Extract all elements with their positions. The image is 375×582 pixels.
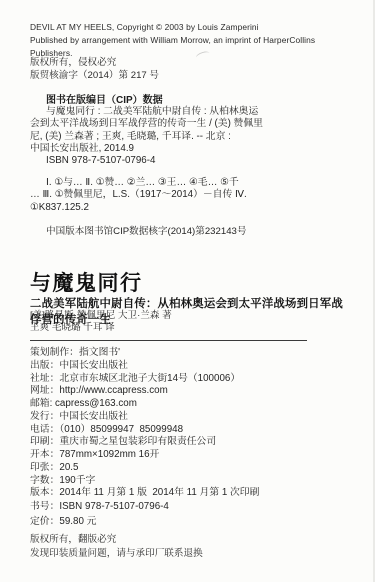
registration-number-line: 版贸核渝字（2014）第 217 号: [30, 69, 353, 82]
cip-body-line: 中国长安出版社, 2014.9: [30, 143, 353, 155]
copyright-line-1: DEVIL AT MY HEELS, Copyright © 2003 by L…: [30, 21, 353, 34]
isbn-line: 书号：ISBN 978-7-5107-0796-4: [30, 500, 353, 515]
cip-classification-line: ①K837.125.2: [30, 202, 353, 214]
colophon-line-sheets: 印张：20.5: [30, 462, 353, 475]
colophon-line-email: 邮箱: capress@163.com: [30, 398, 353, 411]
colophon-line-publisher: 出版：中国长安出版社: [30, 360, 353, 373]
colophon-line-website: 网址：http://www.ccapress.com: [30, 385, 353, 398]
colophon-line-phone: 电话：（010）85099947 85099948: [30, 424, 353, 437]
colophon-line-distributor: 发行：中国长安出版社: [30, 411, 353, 424]
price-line: 定价：59.80 元: [30, 515, 353, 530]
cip-record-number: 中国版本图书馆CIP数据核字(2014)第232143号: [30, 223, 353, 237]
footer-notice-block: 版权所有，翻版必究 发现印装质量问题，请与承印厂联系退换: [30, 533, 353, 561]
footer-line-2: 发现印装质量问题，请与承印厂联系退换: [30, 547, 353, 561]
colophon-line-wordcount: 字数：190千字: [30, 475, 353, 488]
cip-body-line: 尼, (美) 兰森著 ; 王爽, 毛晓璐, 千耳译. -- 北京 :: [30, 131, 353, 143]
rights-reserved-line: 版权所有，侵权必究: [30, 56, 353, 69]
colophon-block: 策划制作：指文图书' 出版：中国长安出版社 社址：北京市东城区北池子大街14号（…: [30, 347, 353, 500]
cip-heading: 图书在版编目（CIP）数据: [30, 91, 353, 106]
colophon-line-address: 社址：北京市东城区北池子大街14号（100006）: [30, 373, 353, 386]
book-title: 与魔鬼同行: [30, 267, 353, 297]
book-copyright-page: DEVIL AT MY HEELS, Copyright © 2003 by L…: [0, 0, 375, 582]
authors-line: [美]路易斯·赞佩里尼 大卫·兰森 著: [30, 310, 353, 322]
colophon-line-producer: 策划制作：指文图书': [30, 347, 353, 360]
rights-notice-block: 版权所有，侵权必究 版贸核渝字（2014）第 217 号: [30, 56, 353, 82]
colophon-line-printer: 印刷：重庆市蜀之星包装彩印有限责任公司: [30, 436, 353, 449]
cip-body-line: 会到太平洋战场到日军战俘营的传奇一生 / (美) 赞佩里: [30, 118, 353, 130]
translators-line: 王爽 毛晓璐 千耳 译: [30, 322, 353, 334]
cip-body-block: 与魔鬼同行 : 二战美军陆航中尉自传 : 从柏林奥运 会到太平洋战场到日军战俘营…: [30, 106, 353, 167]
english-copyright-block: DEVIL AT MY HEELS, Copyright © 2003 by L…: [30, 21, 353, 60]
cip-isbn-line: ISBN 978-7-5107-0796-4: [30, 155, 353, 167]
divider-rule: [30, 340, 307, 341]
cip-index-line: … Ⅲ. ①赞佩里尼，L.S.（1917～2014）－自传 Ⅳ.: [30, 189, 353, 201]
colophon-line-format: 开本：787mm×1092mm 16开: [30, 449, 353, 462]
colophon-line-edition: 版本：2014年 11 月第 1 版 2014年 11 月第 1 次印刷: [30, 487, 353, 500]
cip-index-block: Ⅰ. ①与… Ⅱ. ①赞… ②兰… ③王… ④毛… ⑤千 … Ⅲ. ①赞佩里尼，…: [30, 177, 353, 214]
isbn-price-block: 书号：ISBN 978-7-5107-0796-4 定价：59.80 元: [30, 500, 353, 529]
footer-line-1: 版权所有，翻版必究: [30, 533, 353, 547]
cip-body-line: 与魔鬼同行 : 二战美军陆航中尉自传 : 从柏林奥运: [30, 106, 353, 118]
cip-index-line: Ⅰ. ①与… Ⅱ. ①赞… ②兰… ③王… ④毛… ⑤千: [30, 177, 353, 189]
